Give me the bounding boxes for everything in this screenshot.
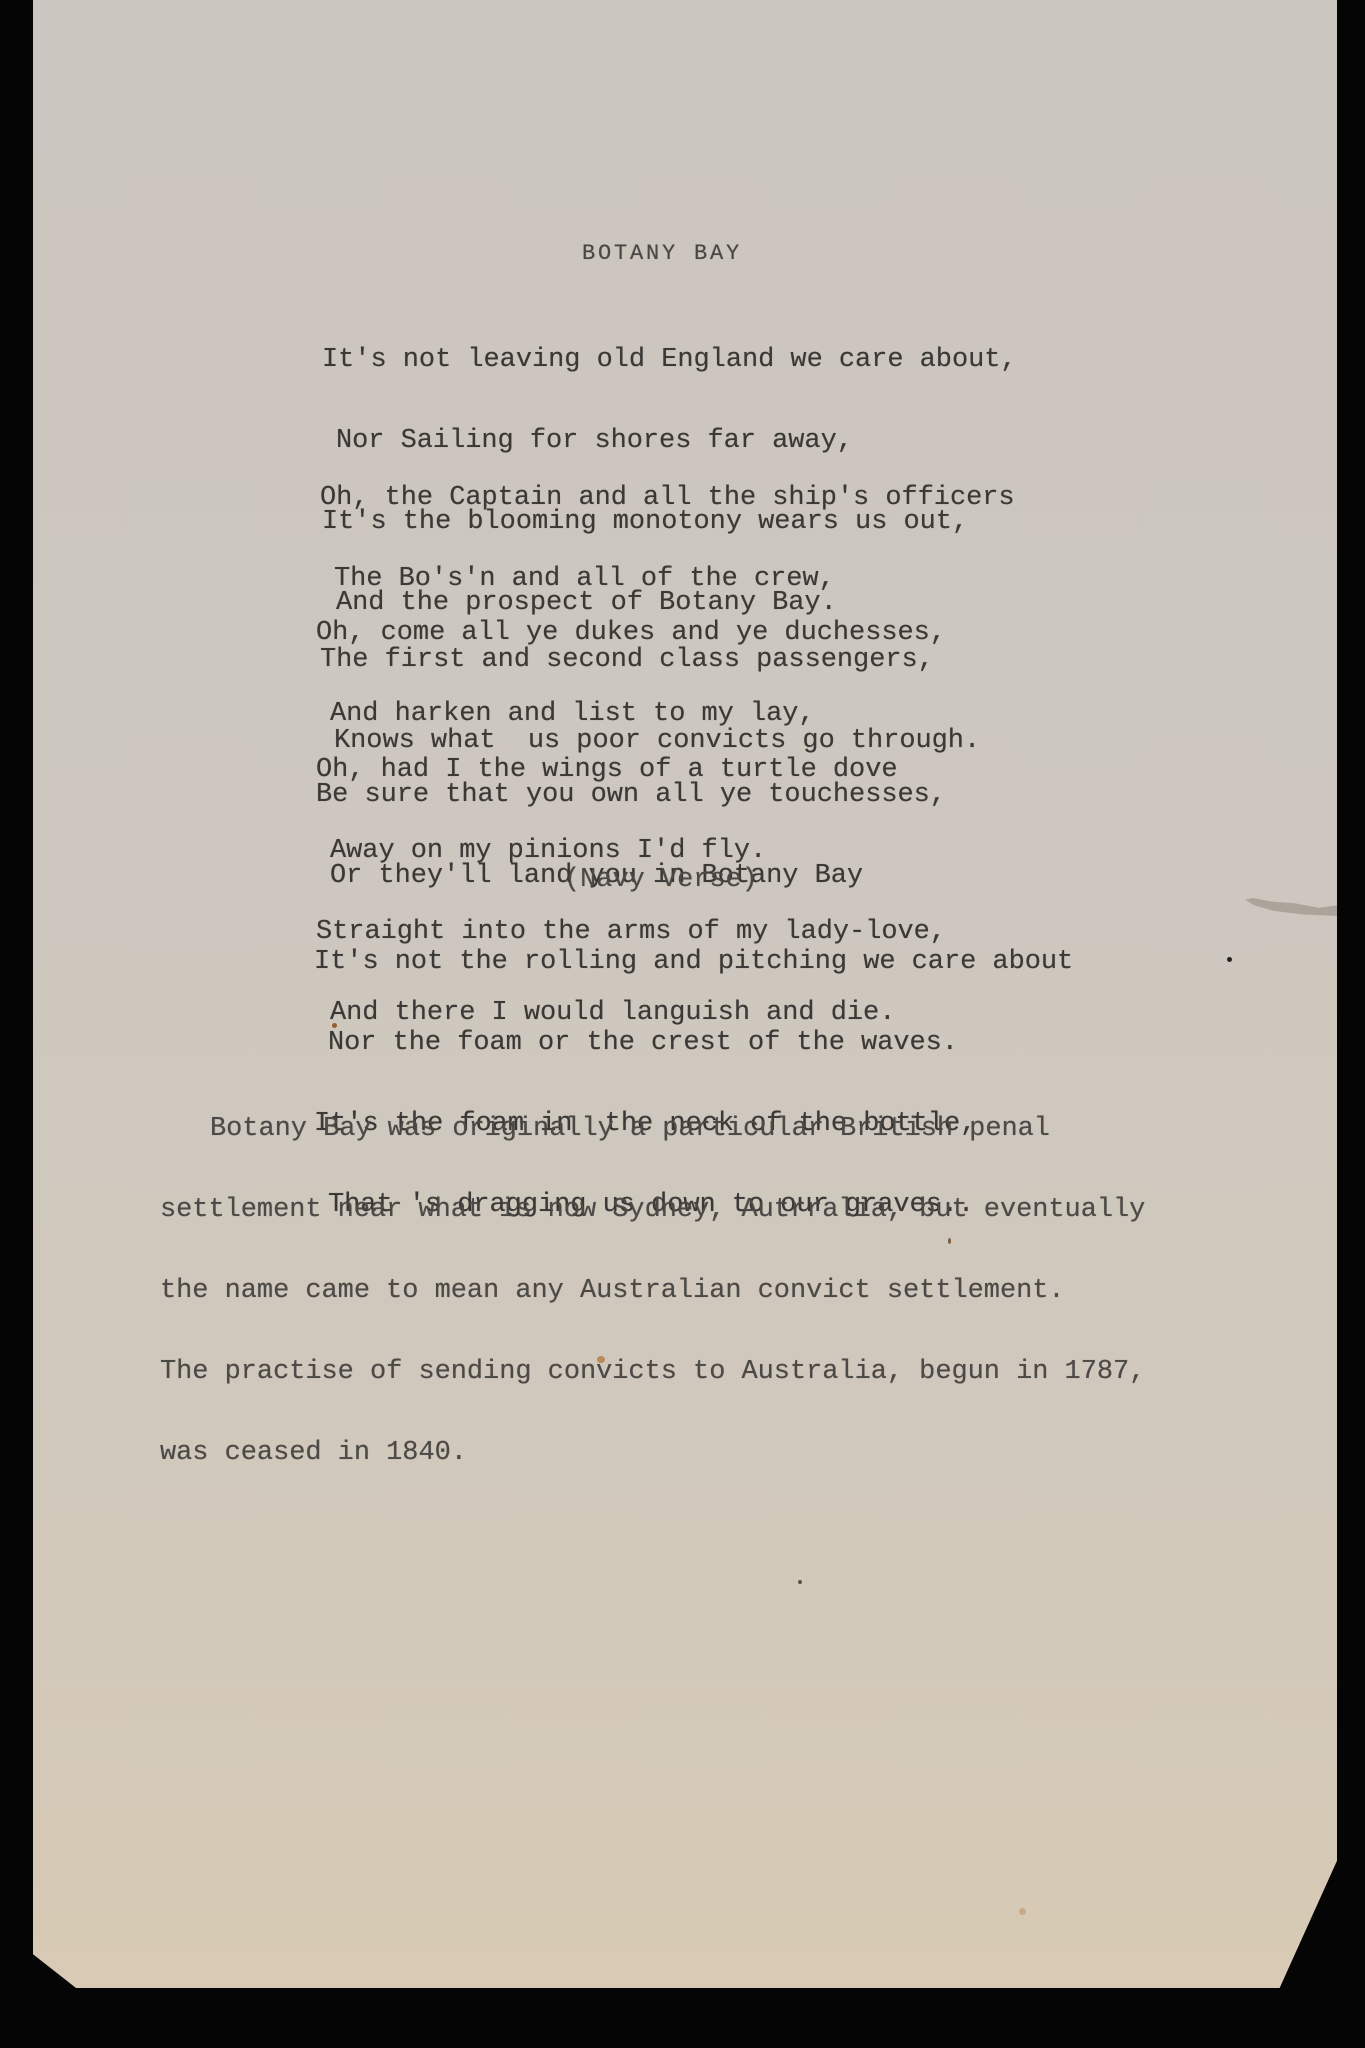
note-line: was ceased in 1840. [160,1440,1145,1467]
note-line: settlement near what is now Sydney, Autr… [160,1197,1145,1224]
note-line: the name came to mean any Australian con… [160,1278,1145,1305]
verse-line: Oh, come all ye dukes and ye duchesses, [316,620,946,647]
historical-note: Botany Bay was originally a particular B… [160,1062,1145,1494]
note-line: Botany Bay was originally a particular B… [160,1116,1145,1143]
stain-speck [1227,957,1232,962]
verse-line: Away on my pinions I'd fly. [316,838,946,865]
verse-line: It's not leaving old England we care abo… [322,347,1017,374]
verse-line: Nor the foam or the crest of the waves. [314,1030,1073,1057]
page-title: BOTANY BAY [582,240,742,267]
stain-speck [798,1580,802,1584]
verse-line: Oh, the Captain and all the ship's offic… [320,485,1015,512]
stain-speck [1019,1908,1026,1915]
verse-line: It's not the rolling and pitching we car… [314,949,1073,976]
verse-line: Oh, had I the wings of a turtle dove [316,757,946,784]
navy-verse-heading: (Navy Verse) [564,867,758,894]
note-line: The practise of sending convicts to Aust… [160,1359,1145,1386]
